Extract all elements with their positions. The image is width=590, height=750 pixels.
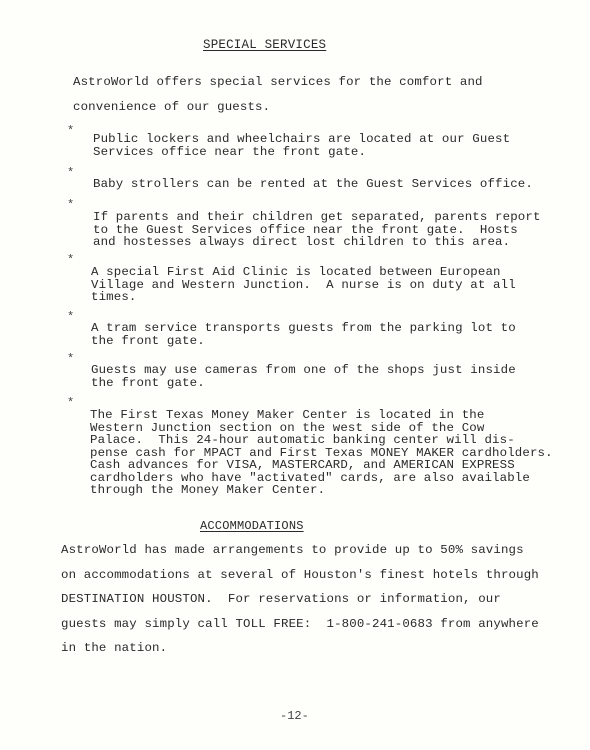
asterisk-bullet-icon: *	[67, 167, 74, 179]
asterisk-bullet-icon: *	[67, 199, 74, 211]
special-services-intro: AstroWorld offers special services for t…	[73, 70, 483, 120]
service-item-text: If parents and their children get separa…	[93, 211, 541, 249]
service-item-text: Baby strollers can be rented at the Gues…	[93, 178, 533, 191]
accommodations-body: AstroWorld has made arrangements to prov…	[61, 538, 539, 661]
service-item-text: Guests may use cameras from one of the s…	[91, 364, 516, 389]
special-services-heading: SPECIAL SERVICES	[203, 38, 326, 52]
accommodations-line: DESTINATION HOUSTON. For reservations or…	[61, 592, 501, 606]
asterisk-bullet-icon: *	[67, 311, 74, 323]
service-item-text: The First Texas Money Maker Center is lo…	[90, 409, 553, 497]
intro-line: AstroWorld offers special services for t…	[73, 75, 483, 89]
accommodations-heading: ACCOMMODATIONS	[200, 519, 304, 533]
accommodations-line: AstroWorld has made arrangements to prov…	[61, 543, 524, 557]
service-item-text: A tram service transports guests from th…	[91, 322, 516, 347]
accommodations-line: guests may simply call TOLL FREE: 1-800-…	[61, 617, 539, 631]
intro-line: convenience of our guests.	[73, 100, 270, 114]
asterisk-bullet-icon: *	[67, 353, 74, 365]
asterisk-bullet-icon: *	[67, 397, 74, 409]
asterisk-bullet-icon: *	[67, 254, 74, 266]
page-number: -12-	[280, 709, 309, 723]
service-item-text: Public lockers and wheelchairs are locat…	[93, 133, 510, 158]
accommodations-line: in the nation.	[61, 641, 167, 655]
accommodations-line: on accommodations at several of Houston'…	[61, 568, 539, 582]
service-item-text: A special First Aid Clinic is located be…	[91, 266, 516, 304]
document-page: SPECIAL SERVICES AstroWorld offers speci…	[0, 0, 590, 750]
asterisk-bullet-icon: *	[67, 125, 74, 137]
